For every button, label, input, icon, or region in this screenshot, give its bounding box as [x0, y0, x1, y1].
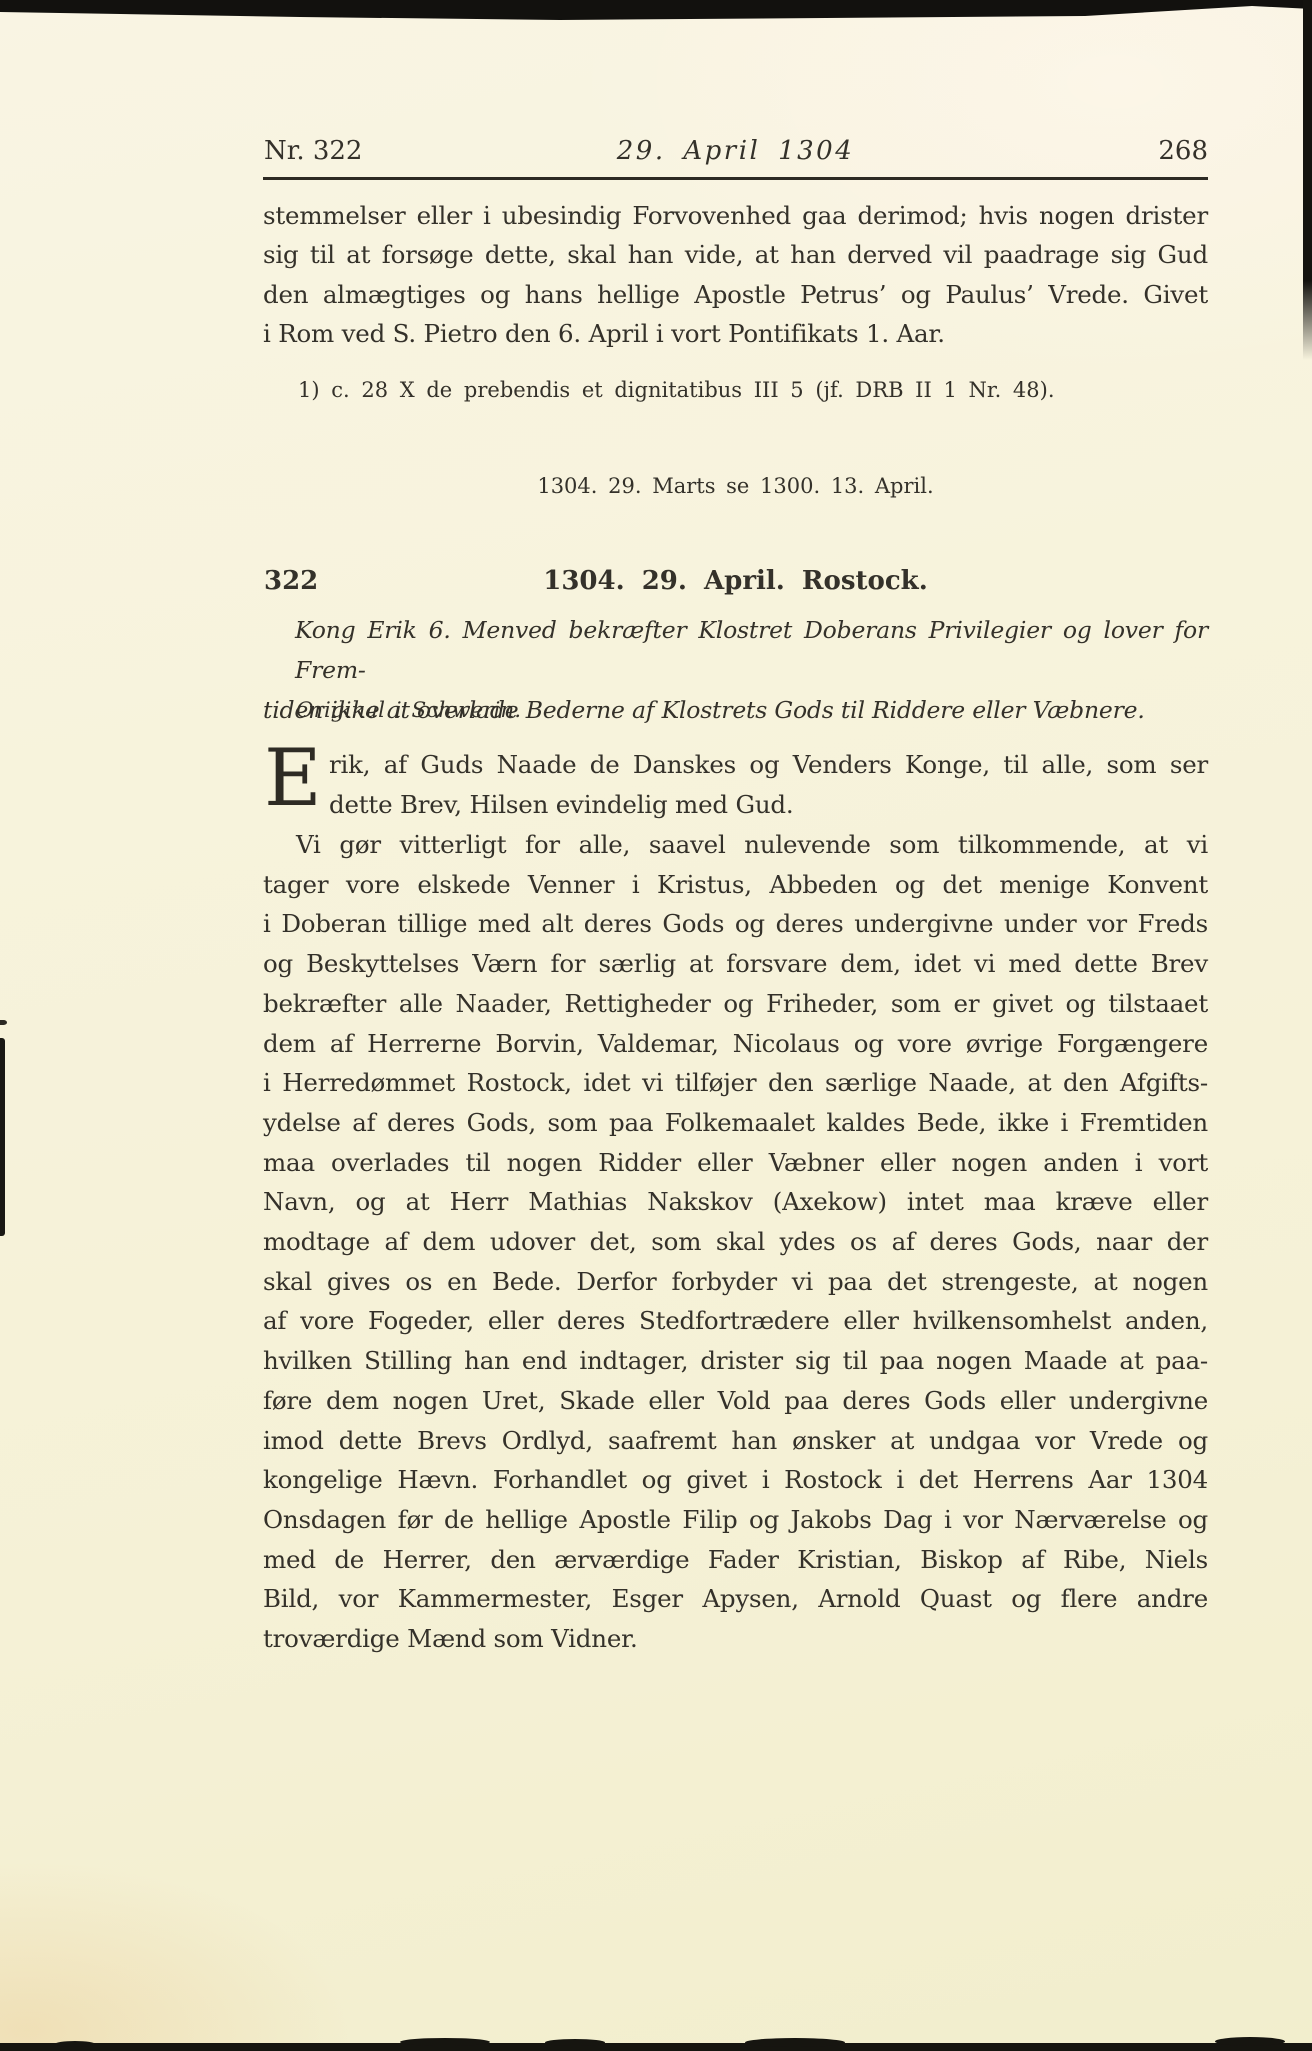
text-line: af vore Fogeder, eller deres Stedfortræd…	[263, 1301, 1208, 1341]
running-head: Nr. 322 29. April 1304 268	[263, 136, 1208, 172]
text-line: sig til at forsøge dette, skal han vide,…	[263, 235, 1208, 274]
entry-opening-paragraph: E rik, af Guds Naade de Danskes og Vende…	[263, 745, 1208, 824]
text-line: skal gives os en Bede. Derfor forbyder v…	[263, 1262, 1208, 1302]
scan-edge-left-line	[0, 1038, 5, 1236]
page-number: 268	[1158, 136, 1208, 166]
text-line: hvilken Stilling han end indtager, drist…	[263, 1341, 1208, 1381]
text-line: Kong Erik 6. Menved bekræfter Klostret D…	[263, 610, 1208, 690]
text-line: den almægtiges og hans hellige Apostle P…	[263, 275, 1208, 314]
text-line: maa overlades til nogen Ridder eller Væb…	[263, 1143, 1208, 1183]
text-line: tager vore elskede Venner i Kristus, Abb…	[263, 865, 1208, 905]
entry-date-place: 1304. 29. April. Rostock.	[263, 566, 1208, 596]
drop-cap: E	[264, 748, 320, 808]
scan-blemish	[1215, 2037, 1285, 2046]
header-rule	[263, 177, 1208, 180]
scan-edge-bottom	[0, 2043, 1312, 2051]
continuation-paragraph: stemmelser eller i ubesindig Forvovenhed…	[263, 196, 1208, 353]
text-line: rik, af Guds Naade de Danskes og Venders…	[263, 745, 1208, 785]
text-line: og Beskyttelses Værn for særlig at forsv…	[263, 944, 1208, 984]
entry-source-note: Original i Schwerin.	[263, 698, 1241, 723]
scan-blemish	[545, 2039, 605, 2046]
text-line: stemmelser eller i ubesindig Forvovenhed…	[263, 196, 1208, 235]
scan-blemish	[55, 2041, 95, 2047]
text-line: dem af Herrerne Borvin, Valdemar, Nicola…	[263, 1024, 1208, 1064]
scanned-book-page: { "colors": { "paper": "#f6f2d9", "ink":…	[0, 0, 1312, 2051]
scan-edge-right	[1303, 0, 1312, 360]
entry-body-paragraph: Vi gør vitterligt for alle, saavel nulev…	[263, 825, 1208, 1659]
text-line: Bild, vor Kammermester, Esger Apysen, Ar…	[263, 1579, 1208, 1619]
opening-lines: rik, af Guds Naade de Danskes og Venders…	[263, 745, 1208, 824]
text-line: i Herredømmet Rostock, idet vi tilføjer …	[263, 1063, 1208, 1103]
text-line: i Doberan tillige med alt deres Gods og …	[263, 904, 1208, 944]
cross-reference-line: 1304. 29. Marts se 1300. 13. April.	[263, 474, 1208, 498]
entry-heading: 322 1304. 29. April. Rostock.	[263, 566, 1208, 602]
text-line: ydelse af deres Gods, som paa Folkemaale…	[263, 1103, 1208, 1143]
text-line: dette Brev, Hilsen evindelig med Gud.	[263, 785, 1208, 825]
scan-blemish	[745, 2038, 845, 2047]
scan-blemish	[400, 2038, 490, 2046]
text-line: modtage af dem udover det, som skal ydes…	[263, 1222, 1208, 1262]
text-line: føre dem nogen Uret, Skade eller Vold pa…	[263, 1381, 1208, 1421]
text-line: Vi gør vitterligt for alle, saavel nulev…	[263, 825, 1208, 865]
text-line: med de Herrer, den ærværdige Fader Krist…	[263, 1540, 1208, 1580]
text-line: Onsdagen før de hellige Apostle Filip og…	[263, 1500, 1208, 1540]
running-date: 29. April 1304	[263, 136, 1208, 166]
text-line: i Rom ved S. Pietro den 6. April i vort …	[263, 314, 1208, 353]
text-line: bekræfter alle Naader, Rettigheder og Fr…	[263, 984, 1208, 1024]
footnote: 1) c. 28 X de prebendis et dignitatibus …	[263, 378, 1243, 402]
text-line: imod dette Brevs Ordlyd, saafremt han øn…	[263, 1421, 1208, 1461]
text-line: kongelige Hævn. Forhandlet og givet i Ro…	[263, 1460, 1208, 1500]
text-line: Navn, og at Herr Mathias Nakskov (Axekow…	[263, 1182, 1208, 1222]
scan-speck-left	[0, 1020, 7, 1025]
text-line: troværdige Mænd som Vidner.	[263, 1619, 1208, 1659]
